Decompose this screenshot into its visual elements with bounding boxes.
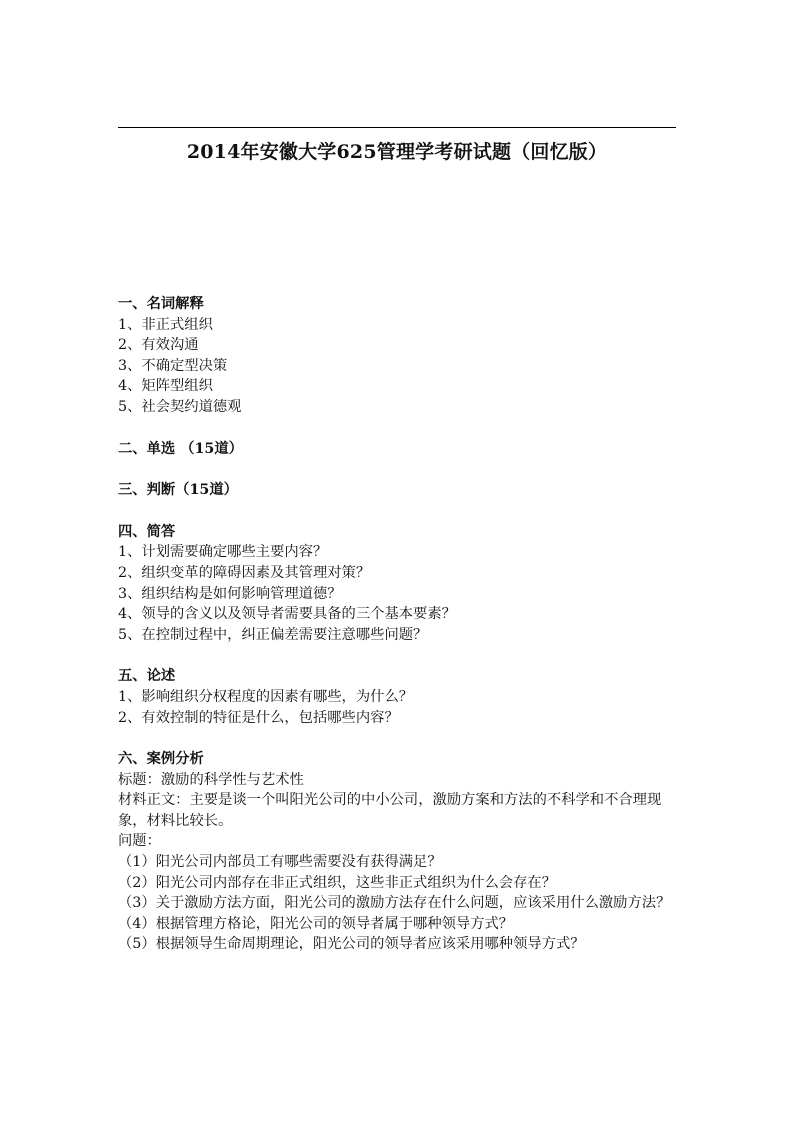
section-heading-essay: 五、论述 (118, 666, 678, 687)
list-item: 5、在控制过程中，纠正偏差需要注意哪些问题？ (118, 625, 678, 646)
case-material: 材料正文：主要是谈一个叫阳光公司的中小公司，激励方案和方法的不科学和不合理现象，… (118, 790, 678, 831)
list-item: 1、非正式组织 (118, 315, 678, 336)
list-item: （2）阳光公司内部存在非正式组织，这些非正式组织为什么会存在？ (118, 873, 678, 894)
section-heading-terms: 一、名词解释 (118, 294, 678, 315)
section-heading-single-choice: 二、单选 （15道） (118, 439, 678, 460)
header-rule (118, 127, 676, 128)
list-item: （3）关于激励方法方面，阳光公司的激励方法存在什么问题，应该采用什么激励方法？ (118, 893, 678, 914)
section-heading-true-false: 三、判断（15道） (118, 480, 678, 501)
list-item: 2、组织变革的障碍因素及其管理对策？ (118, 563, 678, 584)
list-item: 4、领导的含义以及领导者需要具备的三个基本要素？ (118, 604, 678, 625)
list-item: （5）根据领导生命周期理论，阳光公司的领导者应该采用哪种领导方式？ (118, 934, 678, 955)
list-item: （1）阳光公司内部员工有哪些需要没有获得满足？ (118, 852, 678, 873)
list-item: 2、有效沟通 (118, 335, 678, 356)
questions-label: 问题： (118, 831, 678, 852)
list-item: 4、矩阵型组织 (118, 376, 678, 397)
list-item: 1、计划需要确定哪些主要内容？ (118, 542, 678, 563)
list-item: 2、有效控制的特征是什么，包括哪些内容？ (118, 708, 678, 729)
section-heading-short-answer: 四、简答 (118, 522, 678, 543)
list-item: （4）根据管理方格论，阳光公司的领导者属于哪种领导方式？ (118, 914, 678, 935)
list-item: 5、社会契约道德观 (118, 397, 678, 418)
document-body: 一、名词解释 1、非正式组织 2、有效沟通 3、不确定型决策 4、矩阵型组织 5… (118, 294, 678, 955)
list-item: 3、不确定型决策 (118, 356, 678, 377)
list-item: 3、组织结构是如何影响管理道德？ (118, 584, 678, 605)
case-title: 标题：激励的科学性与艺术性 (118, 770, 678, 791)
list-item: 1、影响组织分权程度的因素有哪些，为什么？ (118, 687, 678, 708)
section-heading-case-study: 六、案例分析 (118, 749, 678, 770)
document-title: 2014年安徽大学625管理学考研试题（回忆版） (118, 137, 676, 164)
